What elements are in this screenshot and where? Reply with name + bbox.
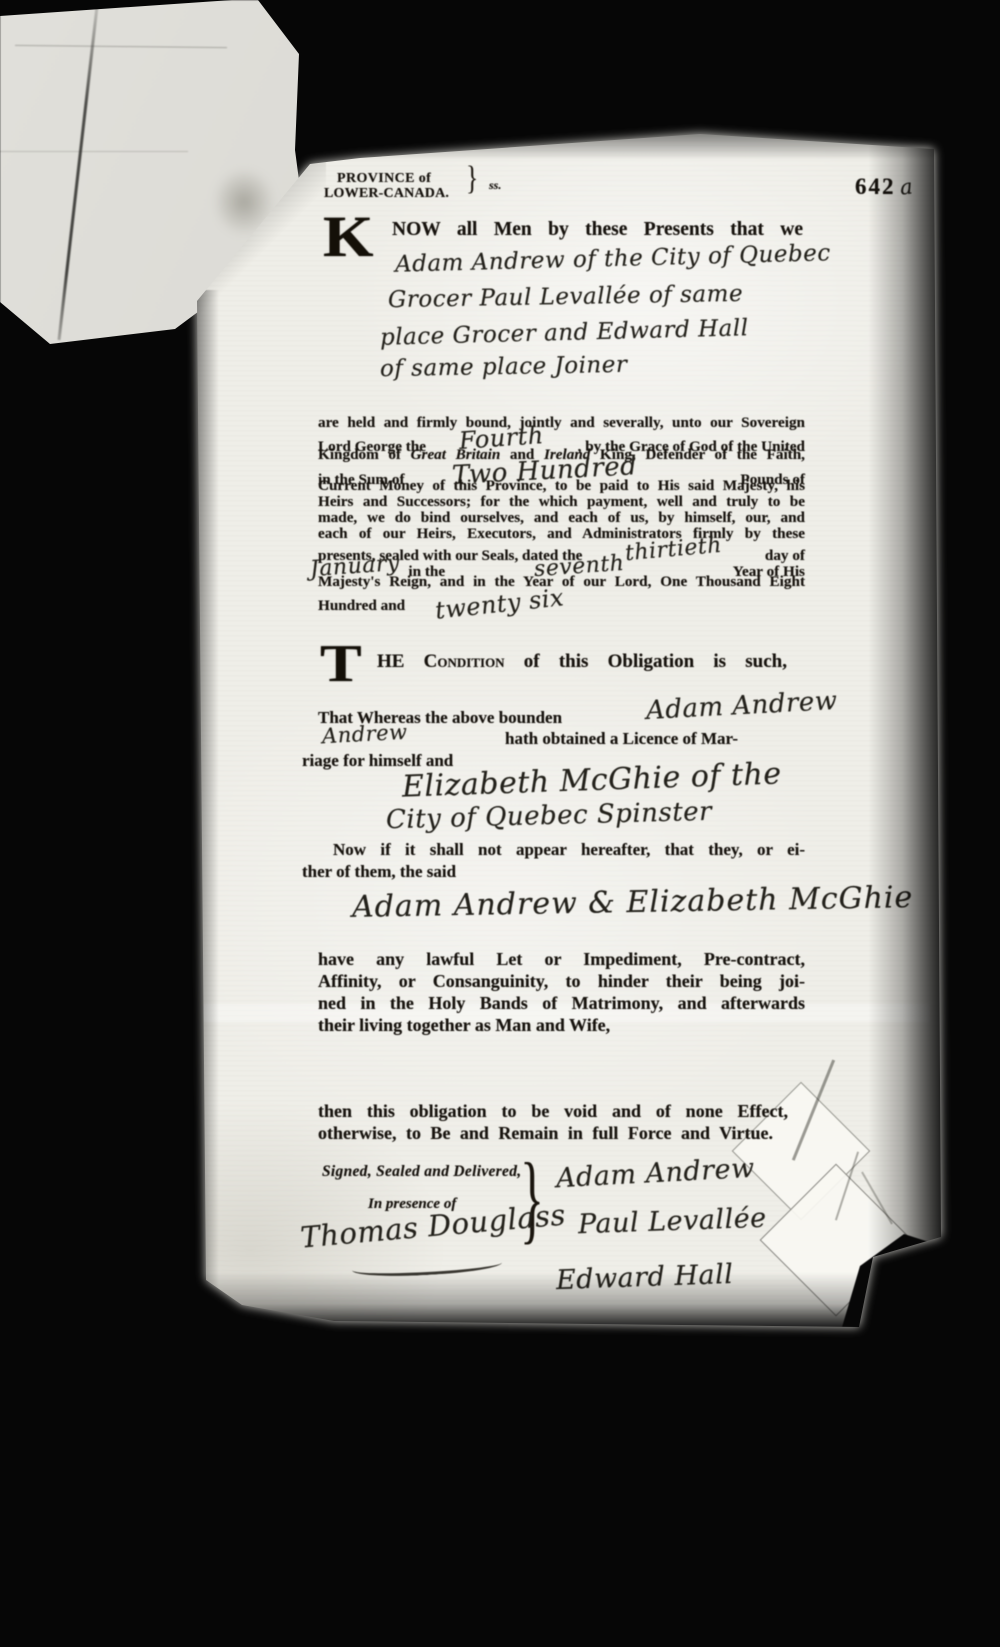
handwritten-parties-line1: Adam Andrew of the City of Quebec: [395, 240, 831, 278]
bond-line-12: Hundred and twenty six: [318, 589, 805, 617]
province-header-line2: LOWER-CANADA.: [324, 186, 449, 202]
dropcap-K: K: [323, 213, 374, 261]
closing-line-2: otherwise, to Be and Remain in full Forc…: [318, 1123, 773, 1144]
signature-brace: }: [520, 1140, 544, 1255]
condition-heading-he: HE: [377, 651, 424, 672]
condition-heading-word: Condition: [424, 651, 505, 672]
handwritten-groom-name: Adam Andrew: [646, 687, 839, 727]
edge-shadow-right: [868, 130, 944, 1330]
fragment-faint-line: [15, 45, 227, 48]
bond-line-6: Heirs and Successors; for the which paym…: [318, 493, 805, 510]
handwritten-bride-line1: Elizabeth McGhie of the: [402, 757, 783, 805]
now-line-2: ther of them, the said: [302, 862, 456, 882]
bond-line-3-a: Kingdom of: [318, 446, 411, 463]
handwritten-bride-line2: City of Quebec Spinster: [386, 798, 713, 836]
handwritten-parties-line2: Grocer Paul Levallée of same: [388, 281, 744, 314]
handwritten-twenty-six: twenty six: [434, 584, 565, 625]
header-brace: }: [466, 160, 478, 198]
signature-paul-levallee: Paul Levallée: [578, 1203, 768, 1241]
licence-line-1: hath obtained a Licence of Mar-: [505, 729, 738, 749]
handwritten-parties-line4: of same place Joiner: [380, 352, 628, 383]
handwritten-couple-names: Adam Andrew & Elizabeth McGhie: [352, 881, 914, 925]
ss-abbreviation: ss.: [489, 179, 501, 193]
dropcap-T: T: [320, 642, 362, 685]
handwritten-groom-name-2: Andrew: [321, 720, 408, 749]
signature-adam-andrew: Adam Andrew: [555, 1153, 755, 1194]
now-line-1: Now if it shall not appear hereafter, th…: [333, 840, 805, 860]
signed-sealed-label: Signed, Sealed and Delivered,: [322, 1163, 521, 1181]
bond-line-7: made, we do bind ourselves, and each of …: [318, 509, 805, 526]
closing-line-1: then this obligation to be void and of n…: [318, 1101, 788, 1122]
fragment-faint-line: [0, 151, 188, 152]
impediment-line-2: Affinity, or Consanguinity, to hinder th…: [318, 971, 805, 992]
impediment-line-3: ned in the Holy Bands of Matrimony, and …: [318, 993, 805, 1014]
impediment-line-1: have any lawful Let or Impediment, Pre-c…: [318, 949, 805, 970]
condition-heading: HE Condition of this Obligation is such,: [377, 651, 787, 673]
microfilm-scan: PROVINCE of LOWER-CANADA. } ss. 642 a K …: [0, 0, 1000, 1647]
bond-line-5: Current Money of this Province, to be pa…: [318, 477, 805, 494]
bond-line-8: each of our Heirs, Executors, and Admini…: [318, 525, 805, 542]
bond-line-1: are held and firmly bound, jointly and s…: [318, 414, 805, 431]
province-header-line1: PROVINCE of: [337, 171, 431, 187]
opening-line: NOW all Men by these Presents that we: [392, 219, 803, 241]
bond-line-12-print: Hundred and: [318, 597, 405, 614]
condition-heading-rest: of this Obligation is such,: [505, 651, 787, 672]
impediment-line-4: their living together as Man and Wife,: [318, 1015, 610, 1036]
handwritten-parties-line3: place Grocer and Edward Hall: [380, 315, 749, 351]
fragment-crease-line: [58, 2, 99, 340]
